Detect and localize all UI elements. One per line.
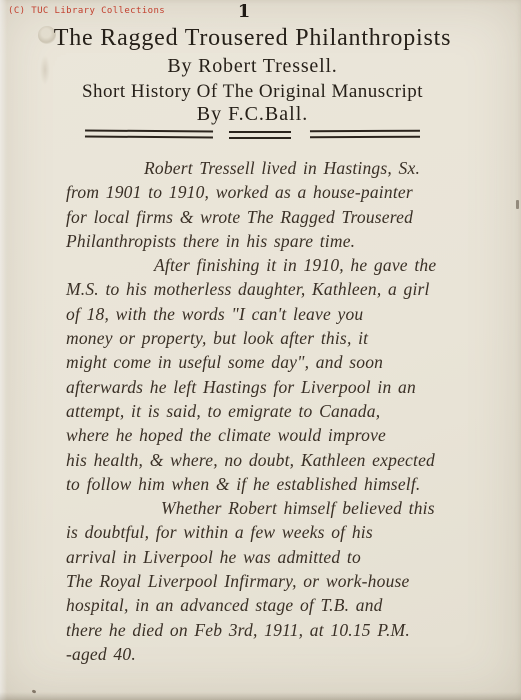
- manuscript-line: The Royal Liverpool Infirmary, or work-h…: [66, 569, 496, 593]
- decorative-rule-left: [85, 129, 213, 138]
- decorative-rule-right: [310, 130, 420, 139]
- document-title: The Ragged Trousered Philanthropists: [0, 25, 505, 52]
- page-number: 1: [0, 1, 488, 22]
- manuscript-line: M.S. to his motherless daughter, Kathlee…: [66, 277, 496, 301]
- manuscript-line: from 1901 to 1910, worked as a house-pai…: [66, 180, 496, 204]
- manuscript-line: to follow him when & if he established h…: [66, 472, 496, 496]
- paper-edge-mark: [516, 200, 519, 209]
- decorative-rule-middle: [229, 131, 291, 139]
- paper-bottom-edge: [0, 692, 521, 700]
- manuscript-line: where he hoped the climate would improve: [66, 423, 496, 447]
- manuscript-line: his health, & where, no doubt, Kathleen …: [66, 448, 496, 472]
- manuscript-line: might come in useful some day", and soon: [66, 350, 496, 374]
- manuscript-line: for local firms & wrote The Ragged Trous…: [66, 205, 496, 229]
- manuscript-line: is doubtful, for within a few weeks of h…: [66, 520, 496, 544]
- manuscript-line: there he died on Feb 3rd, 1911, at 10.15…: [66, 618, 496, 642]
- paper-speck: [32, 689, 37, 693]
- subtitle-byline: By F.C.Ball.: [0, 103, 505, 126]
- manuscript-line: Robert Tressell lived in Hastings, Sx.: [66, 156, 496, 180]
- manuscript-line: money or property, but look after this, …: [66, 326, 496, 350]
- manuscript-line: attempt, it is said, to emigrate to Cana…: [66, 399, 496, 423]
- manuscript-line: After finishing it in 1910, he gave the: [66, 253, 496, 277]
- manuscript-page: (C) TUC Library Collections 1 The Ragged…: [0, 0, 521, 700]
- manuscript-body: Robert Tressell lived in Hastings, Sx. f…: [66, 156, 496, 666]
- manuscript-line: -aged 40.: [66, 642, 496, 666]
- manuscript-line: afterwards he left Hastings for Liverpoo…: [66, 375, 496, 399]
- manuscript-line: Philanthropists there in his spare time.: [66, 229, 496, 253]
- manuscript-line: of 18, with the words "I can't leave you: [66, 302, 496, 326]
- manuscript-line: Whether Robert himself believed this: [66, 496, 496, 520]
- document-subtitle: Short History Of The Original Manuscript: [0, 81, 505, 103]
- manuscript-line: arrival in Liverpool he was admitted to: [66, 545, 496, 569]
- author-byline: By Robert Tressell.: [0, 55, 505, 78]
- manuscript-line: hospital, in an advanced stage of T.B. a…: [66, 593, 496, 617]
